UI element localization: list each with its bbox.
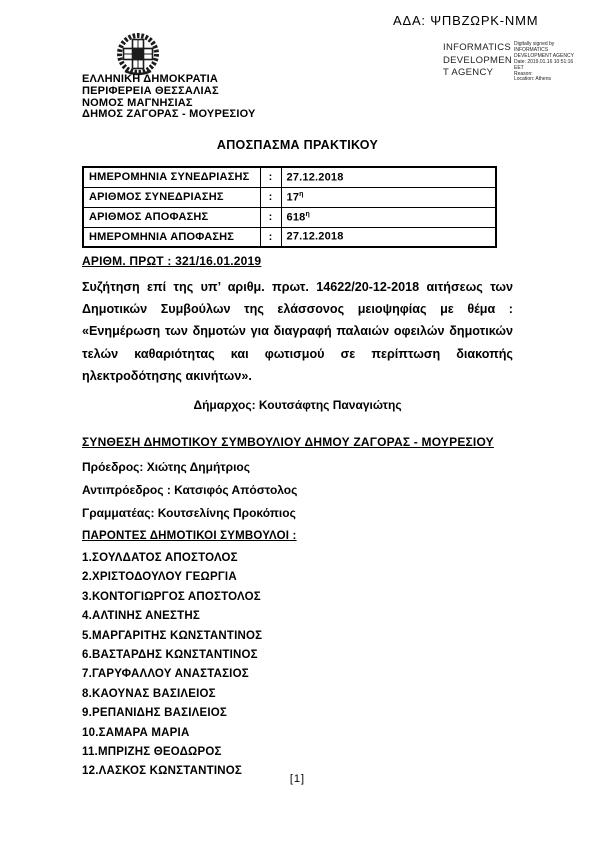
list-item: 1.ΣΟΥΛΔΑΤΟΣ ΑΠΟΣΤΟΛΟΣ [82,549,262,568]
list-item: 3.ΚΟΝΤΟΓΙΩΡΓΟΣ ΑΠΟΣΤΟΛΟΣ [82,588,262,607]
page-number: [1] [0,773,595,785]
org-line-municipality: ΔΗΜΟΣ ΖΑΓΟΡΑΣ - ΜΟΥΡΕΣΙΟΥ [82,109,256,121]
subject-paragraph: Συζήτηση επί της υπ’ αριθμ. πρωτ. 14622/… [82,276,513,387]
meta-label: ΗΜΕΡΟΜΗΝΙΑ ΣΥΝΕΔΡΙΑΣΗΣ [83,167,260,187]
list-item: 6.ΒΑΣΤΑΡΔΗΣ ΚΩΝΣΤΑΝΤΙΝΟΣ [82,646,262,665]
list-item: 11.ΜΠΡΙΖΗΣ ΘΕΟΔΩΡΟΣ [82,743,262,762]
meta-separator: : [260,227,281,247]
protocol-number: ΑΡΙΘΜ. ΠΡΩΤ : 321/16.01.2019 [82,254,261,268]
meta-value: 17η [281,187,496,207]
meta-separator: : [260,207,281,227]
greek-emblem-icon [111,31,165,79]
role-vice-president: Αντιπρόεδρος : Κατσιφός Απόστολος [82,479,297,502]
meta-separator: : [260,167,281,187]
signature-details: Digitally signed by INFORMATICS DEVELOPM… [514,42,595,83]
document-title: ΑΠΟΣΠΑΣΜΑ ΠΡΑΚΤΙΚΟΥ [0,138,595,152]
list-item: 4.ΑΛΤΙΝΗΣ ΑΝΕΣΤΗΣ [82,607,262,626]
meta-value: 618η [281,207,496,227]
session-meta-table: ΗΜΕΡΟΜΗΝΙΑ ΣΥΝΕΔΡΙΑΣΗΣ : 27.12.2018 ΑΡΙΘ… [82,166,497,248]
present-members-heading: ΠΑΡΟΝΤΕΣ ΔΗΜΟΤΙΚΟΙ ΣΥΜΒΟΥΛΟΙ : [82,530,297,542]
council-composition-heading: ΣΥΝΘΕΣΗ ΔΗΜΟΤΙΚΟΥ ΣΥΜΒΟΥΛΙΟΥ ΔΗΜΟΥ ΖΑΓΟΡ… [82,435,494,449]
meta-value: 27.12.2018 [281,227,496,247]
signature-agency-name: INFORMATICS DEVELOPMEN T AGENCY [443,42,511,80]
list-item: 2.ΧΡΙΣΤΟΔΟΥΛΟΥ ΓΕΩΡΓΙΑ [82,568,262,587]
meta-separator: : [260,187,281,207]
list-item: 8.ΚΑΟΥΝΑΣ ΒΑΣΙΛΕΙΟΣ [82,685,262,704]
list-item: 10.ΣΑΜΑΡΑ ΜΑΡΙΑ [82,724,262,743]
role-secretary: Γραμματέας: Κουτσελίνης Προκόπιος [82,502,297,525]
table-row: ΑΡΙΘΜΟΣ ΣΥΝΕΔΡΙΑΣΗΣ : 17η [83,187,496,207]
list-item: 9.ΡΕΠΑΝΙΔΗΣ ΒΑΣΙΛΕΙΟΣ [82,704,262,723]
table-row: ΑΡΙΘΜΟΣ ΑΠΟΦΑΣΗΣ : 618η [83,207,496,227]
meta-label: ΑΡΙΘΜΟΣ ΣΥΝΕΔΡΙΑΣΗΣ [83,187,260,207]
present-members-list: 1.ΣΟΥΛΔΑΤΟΣ ΑΠΟΣΤΟΛΟΣ 2.ΧΡΙΣΤΟΔΟΥΛΟΥ ΓΕΩ… [82,549,262,782]
role-president: Πρόεδρος: Χιώτης Δημήτριος [82,456,297,479]
ada-code: ΑΔΑ: ΨΠΒΖΩΡΚ-ΝΜΜ [393,13,538,28]
list-item: 7.ΓΑΡΥΦΑΛΛΟΥ ΑΝΑΣΤΑΣΙΟΣ [82,665,262,684]
organization-header: ΕΛΛΗΝΙΚΗ ΔΗΜΟΚΡΑΤΙΑ ΠΕΡΙΦΕΡΕΙΑ ΘΕΣΣΑΛΙΑΣ… [82,74,256,121]
council-roles: Πρόεδρος: Χιώτης Δημήτριος Αντιπρόεδρος … [82,456,297,525]
list-item: 5.ΜΑΡΓΑΡΙΤΗΣ ΚΩΝΣΤΑΝΤΙΝΟΣ [82,627,262,646]
org-line-region: ΠΕΡΙΦΕΡΕΙΑ ΘΕΣΣΑΛΙΑΣ [82,86,256,98]
document-page: ΑΔΑ: ΨΠΒΖΩΡΚ-ΝΜΜ INFORMATICS DEVELOPMEN … [0,0,595,842]
table-row: ΗΜΕΡΟΜΗΝΙΑ ΣΥΝΕΔΡΙΑΣΗΣ : 27.12.2018 [83,167,496,187]
meta-label: ΗΜΕΡΟΜΗΝΙΑ ΑΠΟΦΑΣΗΣ [83,227,260,247]
meta-value: 27.12.2018 [281,167,496,187]
table-row: ΗΜΕΡΟΜΗΝΙΑ ΑΠΟΦΑΣΗΣ : 27.12.2018 [83,227,496,247]
digital-signature-stamp: INFORMATICS DEVELOPMEN T AGENCY Digitall… [443,42,595,83]
mayor-line: Δήμαρχος: Κουτσάφτης Παναγιώτης [0,398,595,412]
meta-label: ΑΡΙΘΜΟΣ ΑΠΟΦΑΣΗΣ [83,207,260,227]
